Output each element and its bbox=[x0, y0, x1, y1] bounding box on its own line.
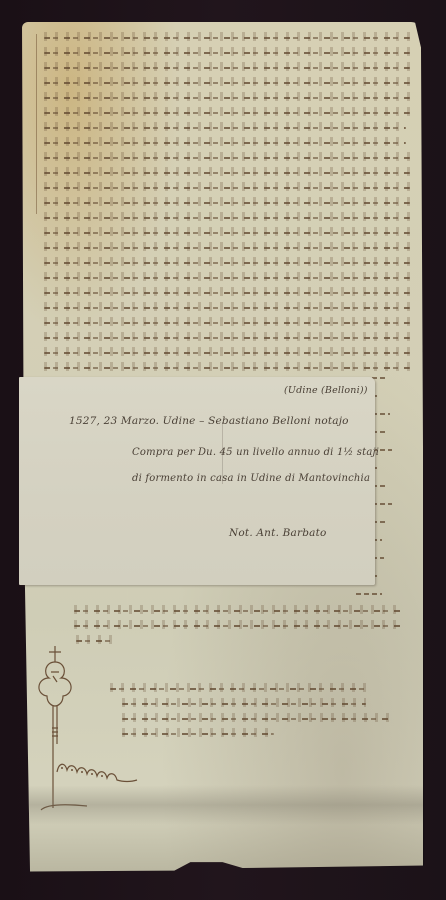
manuscript-upper-block bbox=[32, 37, 413, 382]
archival-note-slip: (Udine (Belloni)) 1527, 23 Marzo. Udine … bbox=[19, 377, 375, 585]
note-summary-line-2: di formento in casa in Udine di Mantovin… bbox=[132, 473, 370, 484]
parchment-fold bbox=[22, 785, 423, 825]
note-fold-crease bbox=[222, 422, 223, 484]
note-date-notary-line: 1527, 23 Marzo. Udine – Sebastiano Bello… bbox=[69, 415, 349, 427]
note-place-label: (Udine (Belloni)) bbox=[284, 385, 368, 396]
note-summary-line-1: Compra per Du. 45 un livello annuo di 1½… bbox=[132, 447, 379, 458]
note-signature: Not. Ant. Barbato bbox=[229, 527, 327, 539]
